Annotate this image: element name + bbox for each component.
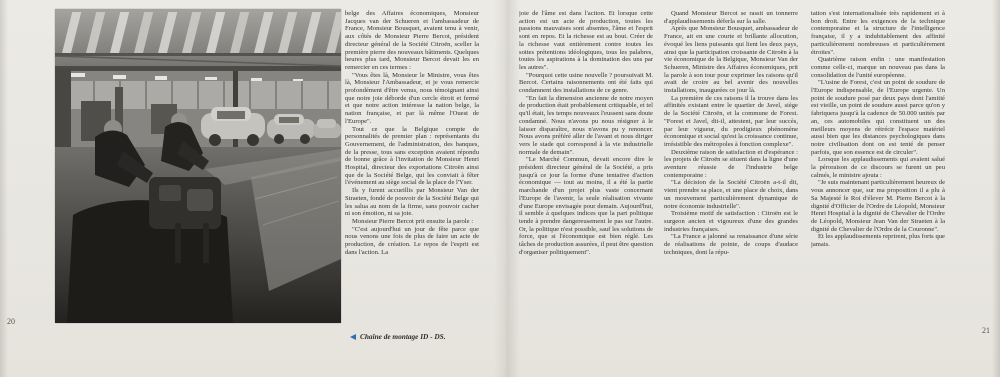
text-column-3: Quand Monsieur Bercot se rassit un tonne… — [664, 10, 798, 344]
book-spread: belge des Affaires économiques, Monsieur… — [0, 0, 1000, 377]
page-fold — [494, 0, 520, 377]
paragraph: Et les applaudissements reprirent, plus … — [811, 233, 945, 248]
paragraph: Lorsque les applaudissements qui avaient… — [811, 156, 945, 179]
paragraph: "La France a jalonné sa renaissance d'un… — [664, 233, 798, 256]
text-column-2: joie de l'âme est dans l'action. Et lors… — [519, 10, 653, 344]
page-number-left: 20 — [7, 317, 15, 326]
paragraph: belge des Affaires économiques, Monsieur… — [345, 10, 479, 72]
paragraph: "L'usine de Forest, c'est un point de so… — [811, 79, 945, 156]
paragraph: "Pourquoi cette usine nouvelle ? poursui… — [519, 72, 653, 95]
paragraph: "Le Marché Commun, devait encore dire le… — [519, 156, 653, 256]
paragraph: "En fait la dimension ancienne de notre … — [519, 95, 653, 157]
caption-arrow-icon — [350, 334, 356, 340]
text-column-4: tation s'est internationalisée très rapi… — [811, 10, 945, 348]
paragraph: "Je suis maintenant particulièrement heu… — [811, 179, 945, 233]
paragraph: Tout ce que la Belgique compte de person… — [345, 126, 479, 188]
right-page-edge — [992, 0, 1000, 377]
assembly-line-illustration — [55, 9, 341, 323]
page-number-right: 21 — [982, 326, 990, 335]
factory-photo — [55, 9, 341, 323]
photo-caption: Chaîne de montage ID - DS. — [350, 332, 446, 341]
text-column-1: belge des Affaires économiques, Monsieur… — [345, 10, 479, 322]
paragraph: "Vous êtes là, Monsieur le Ministre, vou… — [345, 72, 479, 126]
paragraph: joie de l'âme est dans l'action. Et lors… — [519, 10, 653, 72]
caption-text: Chaîne de montage ID - DS. — [360, 332, 446, 341]
paragraph: "C'est aujourd'hui un jour de fête parce… — [345, 226, 479, 257]
paragraph: Monsieur Pierre Bercot prit ensuite la p… — [345, 218, 479, 226]
paragraph: Quatrième raison enfin : une manifestati… — [811, 56, 945, 79]
paragraph: La première de ces raisons il la trouve … — [664, 95, 798, 149]
paragraph: Ils y furent accueillis par Monsieur Van… — [345, 187, 479, 218]
paragraph: "La décision de la Société Citroën a-t-i… — [664, 179, 798, 210]
paragraph: Quand Monsieur Bercot se rassit un tonne… — [664, 10, 798, 25]
paragraph: tation s'est internationalisée très rapi… — [811, 10, 945, 56]
paragraph: Deuxième raison de satisfaction et d'esp… — [664, 149, 798, 180]
paragraph: Après que Monsieur Bousquet, ambassadeur… — [664, 25, 798, 94]
paragraph: Troisième motif de satisfaction : Citroë… — [664, 210, 798, 233]
